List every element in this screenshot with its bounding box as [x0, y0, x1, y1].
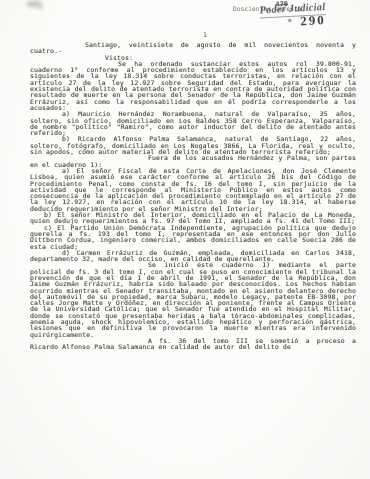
stamp-ink-dot: [288, 19, 291, 22]
document-body: Santiago, veintisiete de agosto de mil n…: [30, 42, 356, 351]
folio-number: 290: [300, 12, 326, 29]
paragraph-accused-a: a) Mauricio Hernández Norambuena, natura…: [30, 111, 356, 136]
page-number: 1: [0, 31, 370, 39]
paragraph-facts: Se inició este cuaderno 1) mediante el p…: [30, 262, 356, 338]
paragraph-date: Santiago, veintisiete de agosto de mil n…: [30, 42, 356, 55]
document-page: Doscientos setenta 470 Poder Judicial 29…: [0, 0, 370, 479]
paragraph-party-c: c) El Partido Unión Demócrata Independie…: [30, 225, 356, 250]
paragraph-party-a: a) El señor Fiscal de esta Corte de Apel…: [30, 168, 356, 212]
scan-artifact: [38, 6, 43, 9]
poder-judicial-stamp: 470 Poder Judicial 290: [255, 0, 361, 35]
paragraph-accused-b: b) Ricardo Alfonso Palma Salamanca, natu…: [30, 136, 356, 155]
paragraph-prosecution: A fs. 36 del tomo III se sometió a proce…: [30, 338, 356, 351]
paragraph-party-b: b) El señor Ministro del Interior, domic…: [30, 212, 356, 225]
paragraph-proceeding: Se ha ordenado sustanciar estos autos ro…: [30, 61, 356, 111]
